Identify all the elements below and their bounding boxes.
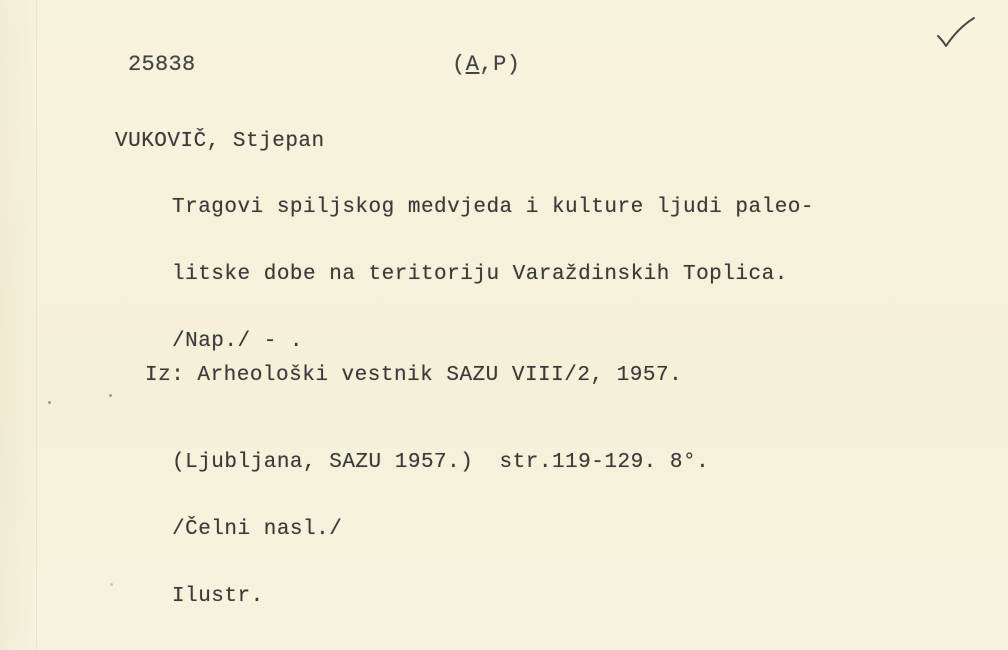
description-line: /Nap./ - .	[172, 331, 814, 354]
code-rest: ,P)	[479, 52, 520, 77]
code-underlined: A	[466, 52, 480, 77]
classification-code: (A,P)	[452, 54, 521, 76]
catalog-card: 25838 (A,P) VUKOVIČ, Stjepan Tragovi spi…	[0, 0, 1008, 650]
description-block: Tragovi spiljskog medvjeda i kulture lju…	[172, 153, 814, 650]
call-number: 25838	[128, 54, 196, 76]
publication-line: /Čelni nasl./	[172, 519, 814, 542]
description-line: litske dobe na teritoriju Varaždinskih T…	[172, 264, 814, 287]
publication-line: (Ljubljana, SAZU 1957.) str.119-129. 8°.	[172, 452, 814, 475]
paper-speck	[109, 394, 112, 397]
author-heading: VUKOVIČ, Stjepan	[115, 131, 325, 153]
check-mark-icon	[930, 16, 978, 52]
card-edge-shadow	[36, 0, 37, 650]
paper-speck	[48, 401, 51, 404]
source-note: Iz: Arheološki vestnik SAZU VIII/2, 1957…	[145, 365, 682, 387]
paper-speck	[110, 583, 113, 586]
publication-line: Ilustr.	[172, 586, 814, 609]
description-line: Tragovi spiljskog medvjeda i kulture lju…	[172, 197, 814, 220]
code-open: (	[452, 52, 466, 77]
